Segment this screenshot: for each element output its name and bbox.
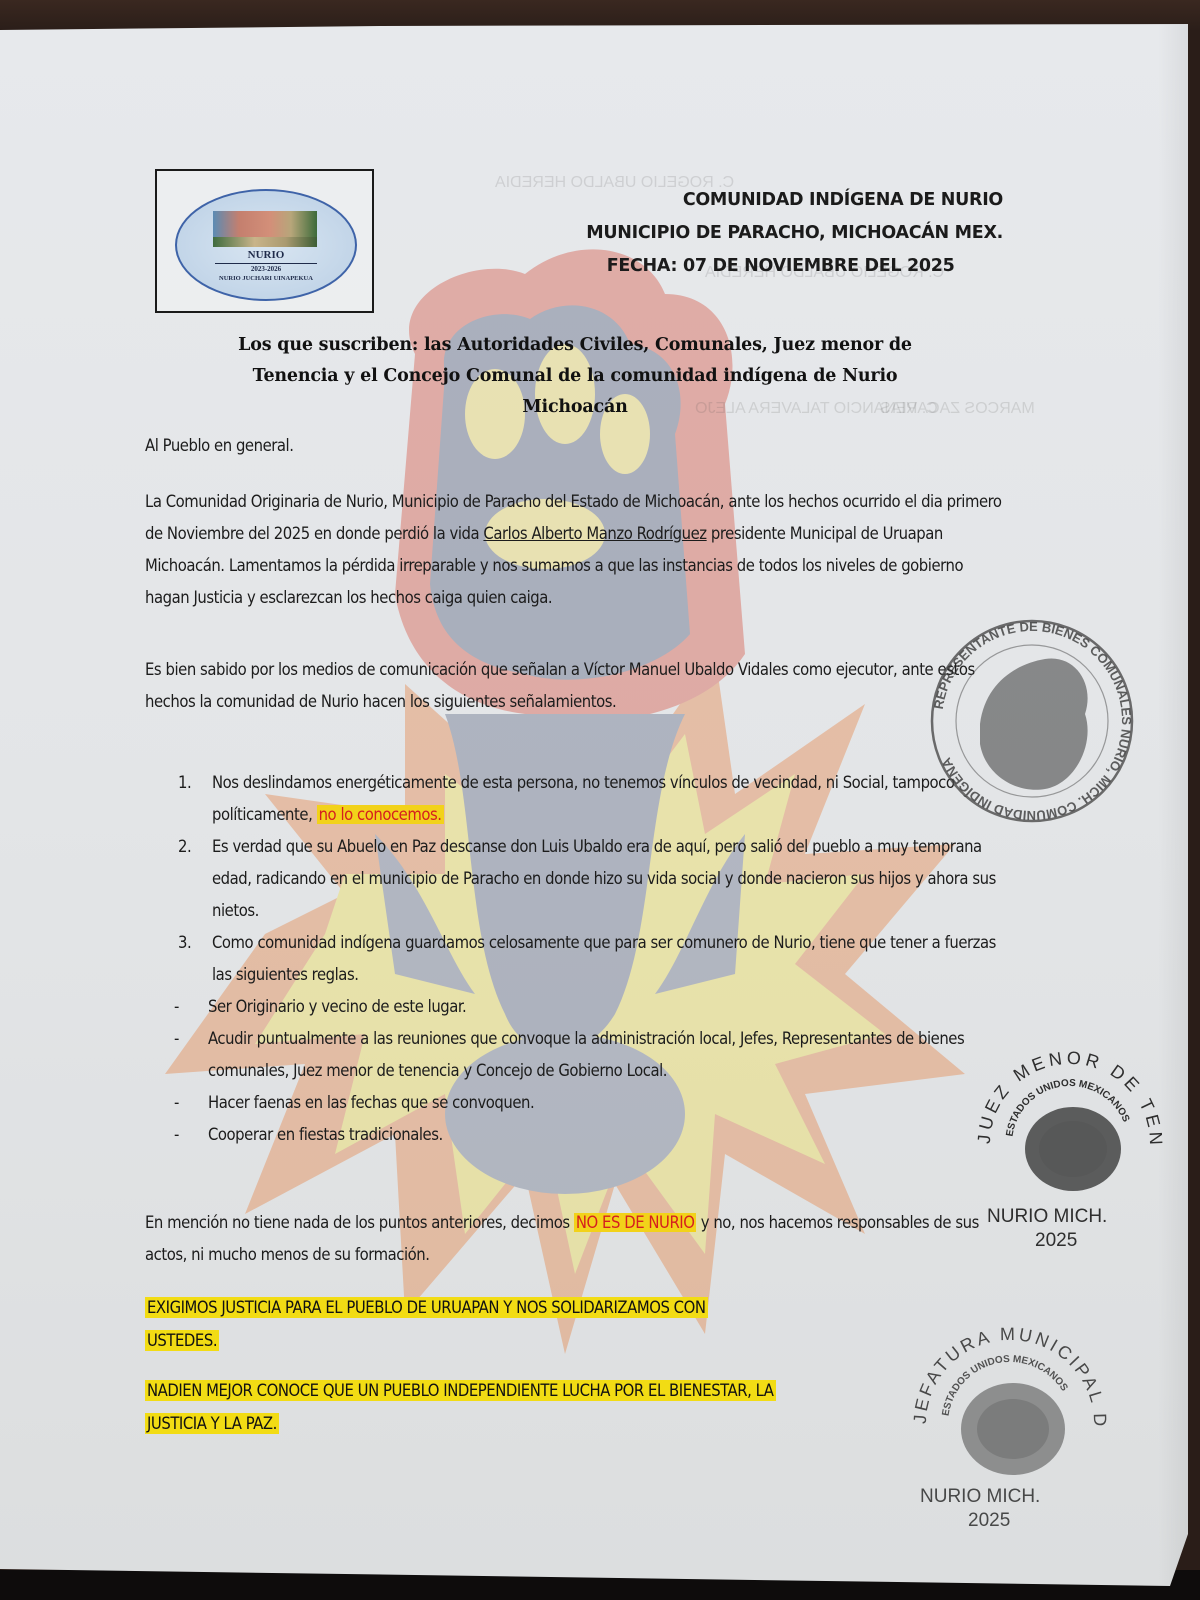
salutation-text: Al Pueblo en general.	[145, 430, 1015, 462]
list-number: 1.	[178, 767, 212, 831]
list-bullet: -	[174, 991, 208, 1023]
demand-1-line: EXIGIMOS JUSTICIA PARA EL PUEBLO DE URUA…	[145, 1297, 708, 1318]
list-number: 2.	[178, 831, 212, 927]
list-bullet: -	[174, 1087, 208, 1119]
subscribers-heading: Los que suscriben: las Autoridades Civil…	[150, 330, 1000, 423]
demand-2-line: NADIEN MEJOR CONOCE QUE UN PUEBLO INDEPE…	[145, 1380, 776, 1401]
logo-oval: NURIO 2023-2026 NURIO JUCHARI UINAPEKUA	[175, 189, 357, 301]
conclusion-text: En mención no tiene nada de los puntos a…	[145, 1213, 574, 1232]
list-item: - Hacer faenas en las fechas que se conv…	[174, 1087, 998, 1119]
list-item: - Ser Originario y vecino de este lugar.	[174, 991, 998, 1023]
list-item: 1. Nos deslindamos energéticamente de es…	[178, 767, 998, 831]
subscribers-line: Michoacán	[150, 392, 1000, 423]
subscribers-line: Los que suscriben: las Autoridades Civil…	[150, 330, 1000, 361]
demand-peace: NADIEN MEJOR CONOCE QUE UN PUEBLO INDEPE…	[145, 1374, 1015, 1440]
logo-title: NURIO	[177, 249, 355, 261]
document-page: C. ROGELIO UBALDO HEREDIA C. ROGELIO UBA…	[0, 24, 1188, 1586]
list-number: 3.	[178, 927, 212, 991]
community-logo: NURIO 2023-2026 NURIO JUCHARI UINAPEKUA	[155, 169, 374, 313]
header-municipality: MUNICIPIO DE PARACHO, MICHOACÁN MEX.	[586, 217, 1003, 250]
rule-text: Acudir puntualmente a las reuniones que …	[208, 1023, 998, 1087]
list-item: 3. Como comunidad indígena guardamos cel…	[178, 927, 998, 991]
juez-menor-seal-icon: JUEZ MENOR DE TENENCIA ESTADOS UNIDOS ME…	[975, 1044, 1165, 1254]
rule-text: Ser Originario y vecino de este lugar.	[208, 991, 998, 1023]
list-bullet: -	[174, 1023, 208, 1087]
seal-place: NURIO MICH.	[920, 1486, 1040, 1507]
conclusion: En mención no tiene nada de los puntos a…	[145, 1207, 995, 1271]
logo-years: 2023-2026	[177, 265, 355, 273]
list-item: 2. Es verdad que su Abuelo en Paz descan…	[178, 831, 998, 927]
demand-1-line: USTEDES.	[145, 1330, 219, 1351]
highlight-no-lo-conocemos: no lo conocemos.	[317, 805, 444, 824]
seal-year: 2025	[968, 1510, 1010, 1531]
list-bullet: -	[174, 1119, 208, 1151]
jefatura-municipal-seal-icon: JEFATURA MUNICIPAL DE TENENCIA ESTADOS U…	[910, 1314, 1110, 1554]
seal-year: 2025	[1035, 1230, 1077, 1251]
logo-motto: NURIO JUCHARI UINAPEKUA	[177, 275, 355, 282]
paragraph-1: La Comunidad Originaria de Nurio, Munici…	[145, 486, 1007, 614]
demand-2-line: JUSTICIA Y LA PAZ.	[145, 1413, 279, 1434]
point-2-text: Es verdad que su Abuelo en Paz descanse …	[212, 831, 998, 927]
header-community: COMUNIDAD INDÍGENA DE NURIO	[586, 184, 1003, 217]
bienes-comunales-seal-icon: REPRESENTANTE DE BIENES COMUNALES NURIO,…	[925, 614, 1140, 829]
demand-justice: EXIGIMOS JUSTICIA PARA EL PUEBLO DE URUA…	[145, 1291, 1015, 1357]
header-date: FECHA: 07 DE NOVIEMBRE DEL 2025	[586, 250, 975, 283]
salutation: Al Pueblo en general.	[145, 430, 1015, 462]
numbered-points: 1. Nos deslindamos energéticamente de es…	[178, 767, 998, 1151]
rule-text: Hacer faenas en las fechas que se convoq…	[208, 1087, 998, 1119]
seal-place: NURIO MICH.	[987, 1206, 1107, 1227]
paragraph-2-text: Es bien sabido por los medios de comunic…	[145, 654, 975, 718]
list-item: - Acudir puntualmente a las reuniones qu…	[174, 1023, 998, 1087]
list-item: - Cooperar en fiestas tradicionales.	[174, 1119, 998, 1151]
paragraph-2: Es bien sabido por los medios de comunic…	[145, 654, 975, 718]
subscribers-line: Tenencia y el Concejo Comunal de la comu…	[150, 361, 1000, 392]
page-shadow	[1158, 24, 1188, 1586]
victim-name: Carlos Alberto Manzo Rodríguez	[483, 524, 706, 543]
logo-divider	[215, 263, 317, 264]
highlight-no-es-de-nurio: NO ES DE NURIO	[574, 1213, 697, 1232]
church-photo-icon	[213, 211, 317, 247]
document-header: COMUNIDAD INDÍGENA DE NURIO MUNICIPIO DE…	[586, 184, 1003, 283]
point-3-text: Como comunidad indígena guardamos celosa…	[212, 927, 998, 991]
rule-text: Cooperar en fiestas tradicionales.	[208, 1119, 998, 1151]
